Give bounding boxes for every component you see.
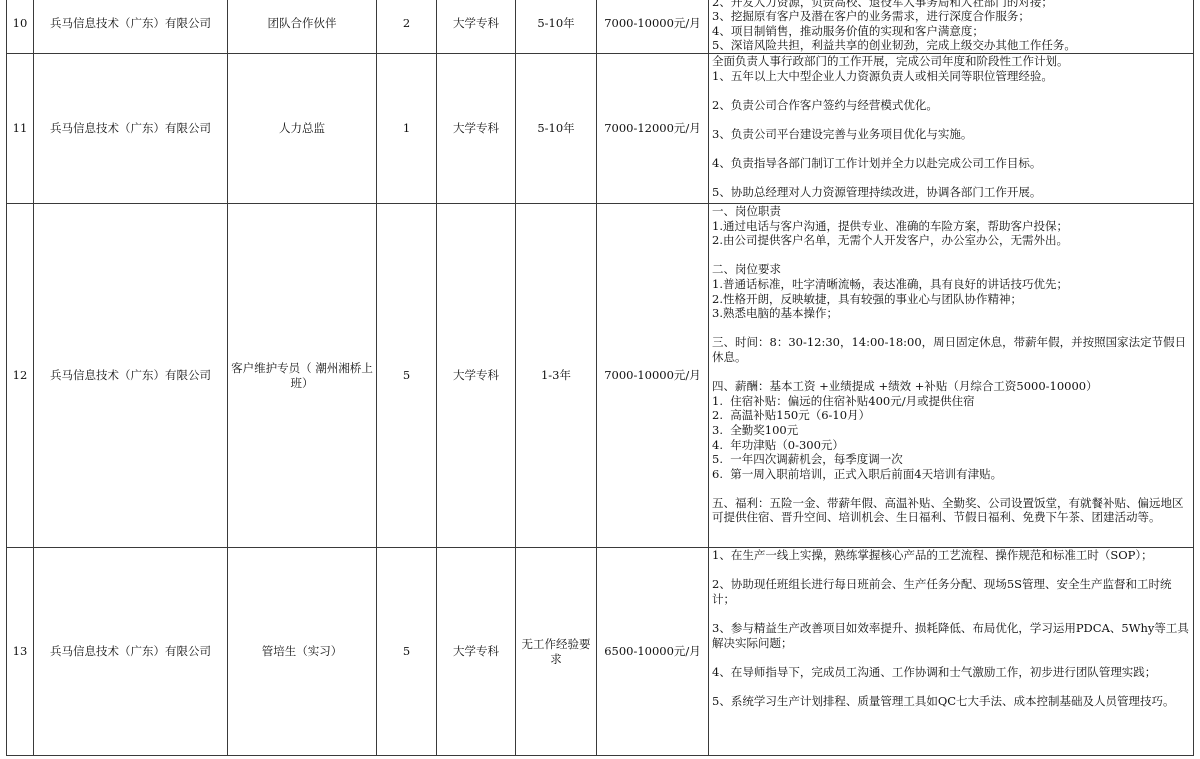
headcount-cell: 2 [377,0,437,54]
company-cell: 兵马信息技术（广东）有限公司 [34,204,228,548]
description-cell: 2、开发人力资源，负责高校、退役军人事务局和人社部门的对接； 3、挖掘原有客户及… [709,0,1194,54]
salary-cell: 6500-10000元/月 [597,548,709,756]
education-cell: 大学专科 [437,204,516,548]
position-cell: 客户维护专员（ 潮州湘桥上班） [228,204,377,548]
headcount-cell: 5 [377,204,437,548]
table-row: 12 兵马信息技术（广东）有限公司 客户维护专员（ 潮州湘桥上班） 5 大学专科… [7,204,1194,548]
row-number: 13 [7,548,34,756]
company-cell: 兵马信息技术（广东）有限公司 [34,0,228,54]
salary-cell: 7000-12000元/月 [597,54,709,204]
table-row: 10 兵马信息技术（广东）有限公司 团队合作伙伴 2 大学专科 5-10年 70… [7,0,1194,54]
company-cell: 兵马信息技术（广东）有限公司 [34,548,228,756]
description-cell: 全面负责人事行政部门的工作开展，完成公司年度和阶段性工作计划。 1、五年以上大中… [709,54,1194,204]
row-number: 11 [7,54,34,204]
job-listing-table: 10 兵马信息技术（广东）有限公司 团队合作伙伴 2 大学专科 5-10年 70… [6,0,1194,756]
headcount-cell: 5 [377,548,437,756]
education-cell: 大学专科 [437,0,516,54]
position-cell: 人力总监 [228,54,377,204]
experience-cell: 无工作经验要求 [516,548,597,756]
table-row: 13 兵马信息技术（广东）有限公司 管培生（实习） 5 大学专科 无工作经验要求… [7,548,1194,756]
headcount-cell: 1 [377,54,437,204]
row-number: 12 [7,204,34,548]
description-cell: 一、岗位职责 1.通过电话与客户沟通，提供专业、准确的车险方案，帮助客户投保； … [709,204,1194,548]
experience-cell: 5-10年 [516,54,597,204]
salary-cell: 7000-10000元/月 [597,0,709,54]
row-number: 10 [7,0,34,54]
salary-cell: 7000-10000元/月 [597,204,709,548]
position-cell: 管培生（实习） [228,548,377,756]
company-cell: 兵马信息技术（广东）有限公司 [34,54,228,204]
education-cell: 大学专科 [437,548,516,756]
position-cell: 团队合作伙伴 [228,0,377,54]
experience-cell: 1-3年 [516,204,597,548]
experience-cell: 5-10年 [516,0,597,54]
description-cell: 1、在生产一线上实操，熟练掌握核心产品的工艺流程、操作规范和标准工时（SOP）；… [709,548,1194,756]
table-row: 11 兵马信息技术（广东）有限公司 人力总监 1 大学专科 5-10年 7000… [7,54,1194,204]
education-cell: 大学专科 [437,54,516,204]
